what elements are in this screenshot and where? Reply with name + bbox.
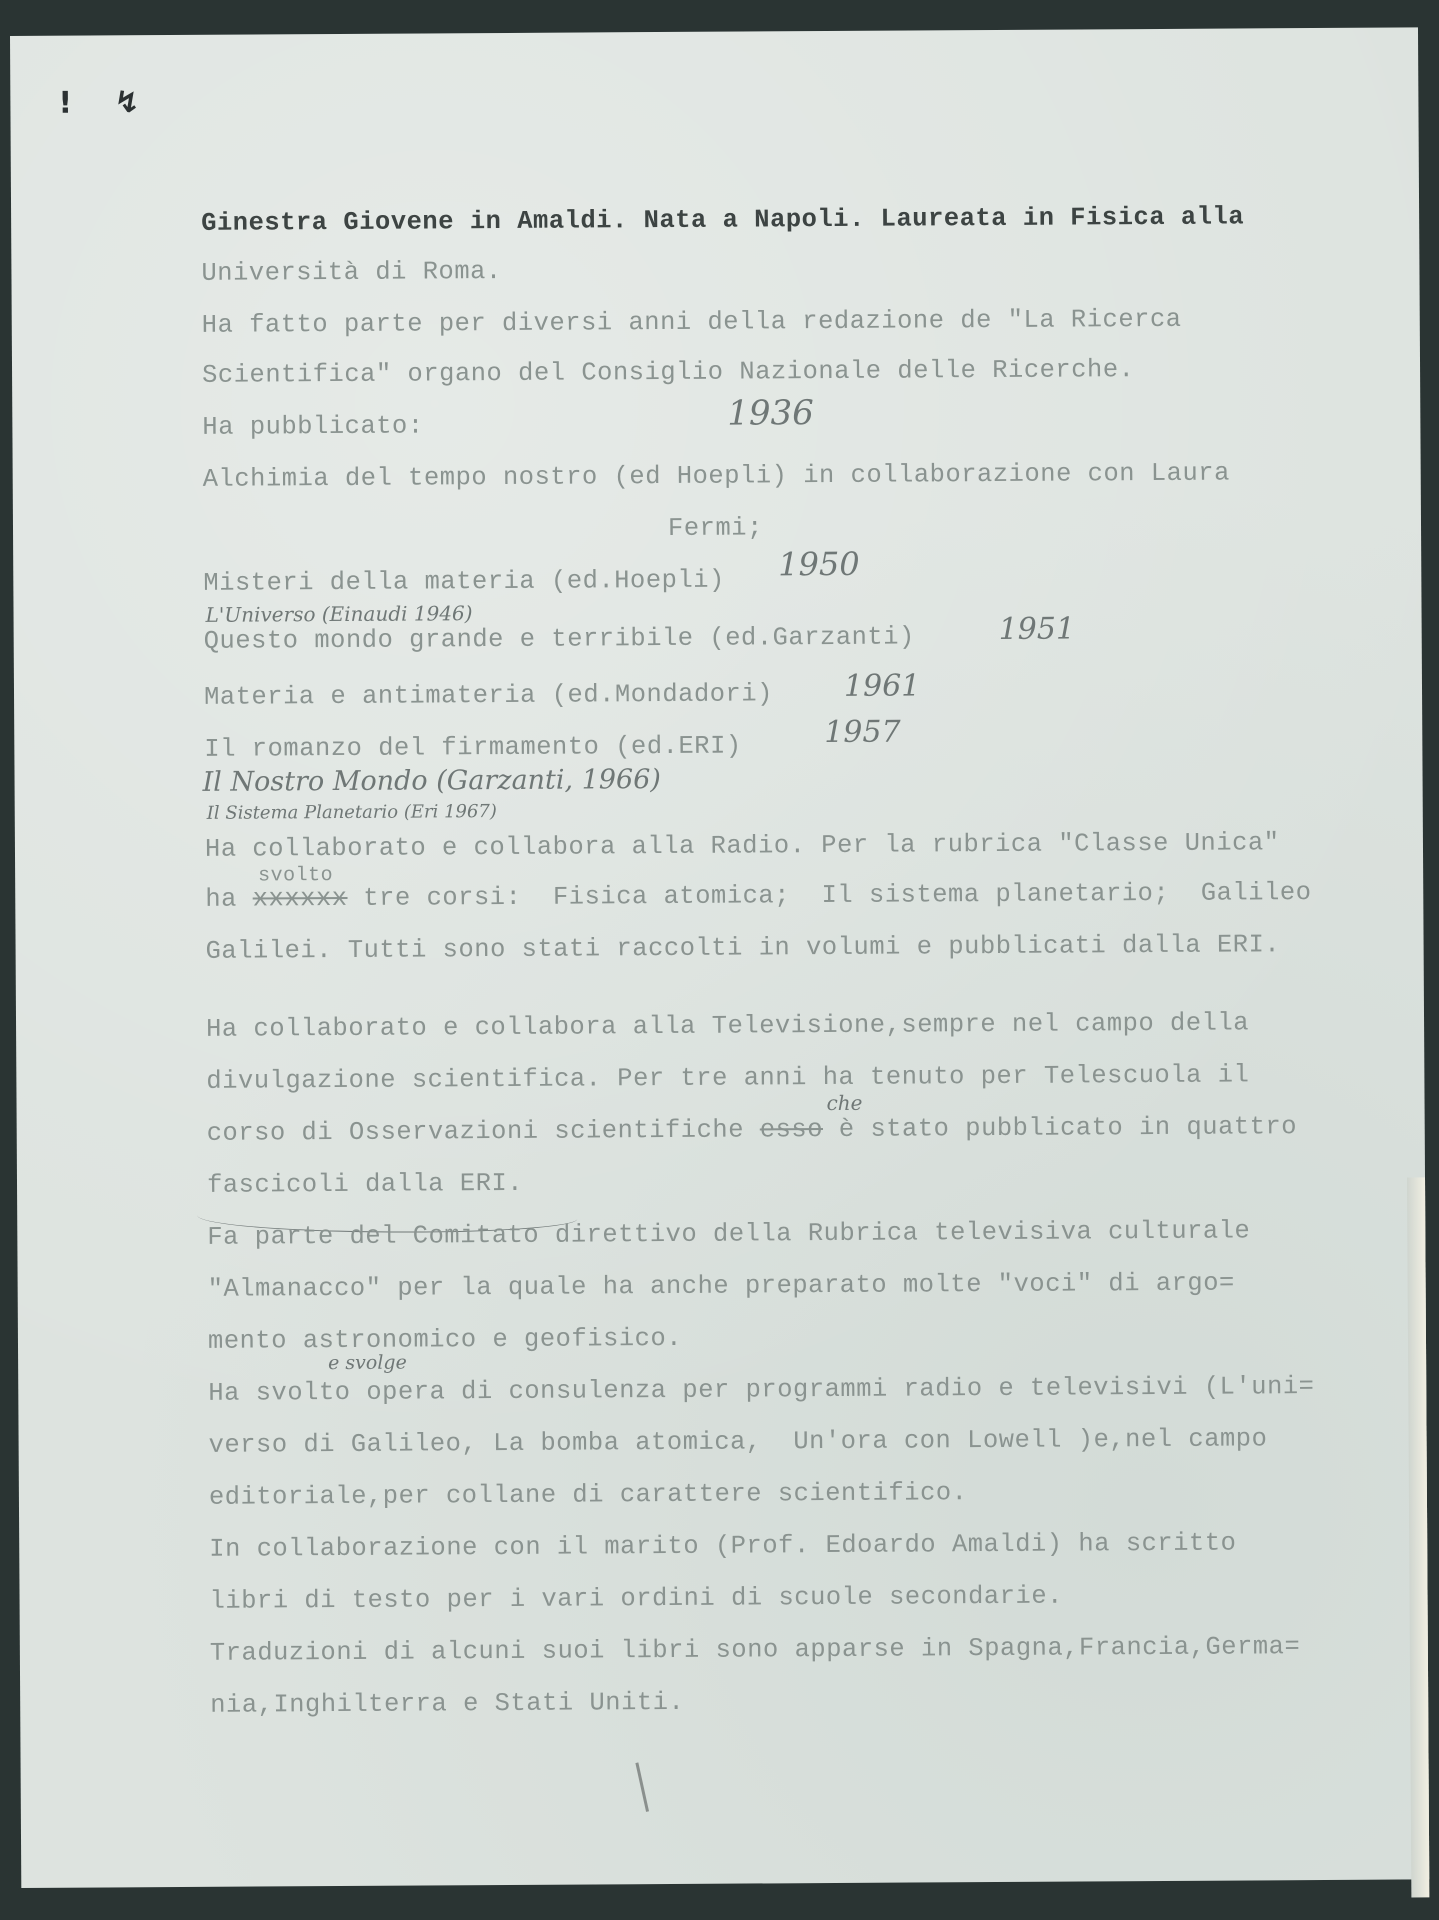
- almanacco-line-1: Fa parte del Comitato direttivo della Ru…: [207, 1216, 1250, 1251]
- radio-line-2-rest: tre corsi: Fisica atomica; Il sistema pl…: [347, 878, 1311, 913]
- consulenza-line-2: verso di Galileo, La bomba atomica, Un'o…: [209, 1424, 1268, 1459]
- almanacco-line-3: mento astronomico e geofisico.: [208, 1324, 682, 1356]
- almanacco-line-2: "Almanacco" per la quale ha anche prepar…: [208, 1269, 1235, 1304]
- top-left-ink-mark: ! ↯: [58, 85, 155, 121]
- libri-testo-line-2: libri di testo per i vari ordini di scuo…: [209, 1582, 1063, 1616]
- publication-item-continuation: Fermi;: [668, 513, 763, 543]
- publications-heading: Ha pubblicato:: [202, 411, 423, 441]
- publication-item: Materia e antimateria (ed.Mondadori): [204, 679, 773, 711]
- publication-item: Questo mondo grande e terribile (ed.Garz…: [204, 622, 915, 655]
- redazione-line-1: Ha fatto parte per diversi anni della re…: [202, 305, 1182, 340]
- publication-item: Il romanzo del firmamento (ed.ERI): [204, 732, 741, 764]
- typed-document-page: ! ↯ Ginestra Giovene in Amaldi. Nata a N…: [10, 27, 1429, 1888]
- traduzioni-line-2: nia,Inghilterra e Stati Uniti.: [210, 1688, 684, 1720]
- tv-line-2: divulgazione scientifica. Per tre anni h…: [206, 1060, 1249, 1095]
- publication-item: Alchimia del tempo nostro (ed Hoepli) in…: [203, 459, 1230, 494]
- consulenza-line-1: Ha svolto opera di consulenza per progra…: [208, 1372, 1314, 1408]
- handwritten-year-1961: 1961: [844, 668, 921, 703]
- handwritten-addition-sistema-planetario: Il Sistema Planetario (Eri 1967): [207, 801, 497, 824]
- pencil-stroke-mark: [635, 1762, 649, 1811]
- handwritten-year-1951: 1951: [999, 612, 1076, 647]
- radio-line-2: ha xxxxxx tre corsi: Fisica atomica; Il …: [205, 878, 1311, 914]
- handwritten-addition-nostro-mondo: Il Nostro Mondo (Garzanti, 1966): [202, 764, 661, 798]
- handwritten-addition-universo: L'Universo (Einaudi 1946): [205, 601, 472, 627]
- intro-line-2: Università di Roma.: [201, 257, 501, 288]
- tv-line-4: fascicoli dalla ERI.: [207, 1169, 523, 1200]
- publication-item: Misteri della materia (ed.Hoepli): [203, 566, 725, 598]
- handwritten-year-1936: 1936: [727, 393, 814, 434]
- struck-text: xxxxxx: [253, 884, 348, 914]
- radio-line-1: Ha collaborato e collabora alla Radio. P…: [205, 828, 1280, 864]
- intro-line-1: Ginestra Giovene in Amaldi. Nata a Napol…: [201, 202, 1244, 237]
- tv-line-3-prefix: corso di Osservazioni scientifiche: [207, 1115, 760, 1147]
- typed-insert-svolto: svolto: [258, 864, 333, 887]
- radio-line-3: Galilei. Tutti sono stati raccolti in vo…: [206, 930, 1281, 966]
- handwritten-year-1957: 1957: [824, 715, 901, 750]
- struck-text: esso: [760, 1115, 823, 1144]
- consulenza-line-3: editoriale,per collane di carattere scie…: [209, 1478, 968, 1512]
- handwritten-year-1950: 1950: [778, 545, 860, 583]
- handwritten-insert-che: che: [826, 1091, 862, 1115]
- radio-line-2-prefix: ha: [205, 885, 253, 914]
- tv-line-3: corso di Osservazioni scientifiche esso …: [207, 1112, 1298, 1148]
- page-edge-curl: [1407, 1177, 1429, 1897]
- redazione-line-2: Scientifica" organo del Consiglio Nazion…: [202, 355, 1135, 390]
- tv-line-1: Ha collaborato e collabora alla Televisi…: [206, 1008, 1249, 1043]
- handwritten-insert-e-svolge: e svolge: [328, 1352, 407, 1374]
- traduzioni-line-1: Traduzioni di alcuni suoi libri sono app…: [210, 1632, 1301, 1668]
- tv-line-3-rest: è stato pubblicato in quattro: [823, 1112, 1297, 1144]
- libri-testo-line-1: In collaborazione con il marito (Prof. E…: [209, 1529, 1236, 1564]
